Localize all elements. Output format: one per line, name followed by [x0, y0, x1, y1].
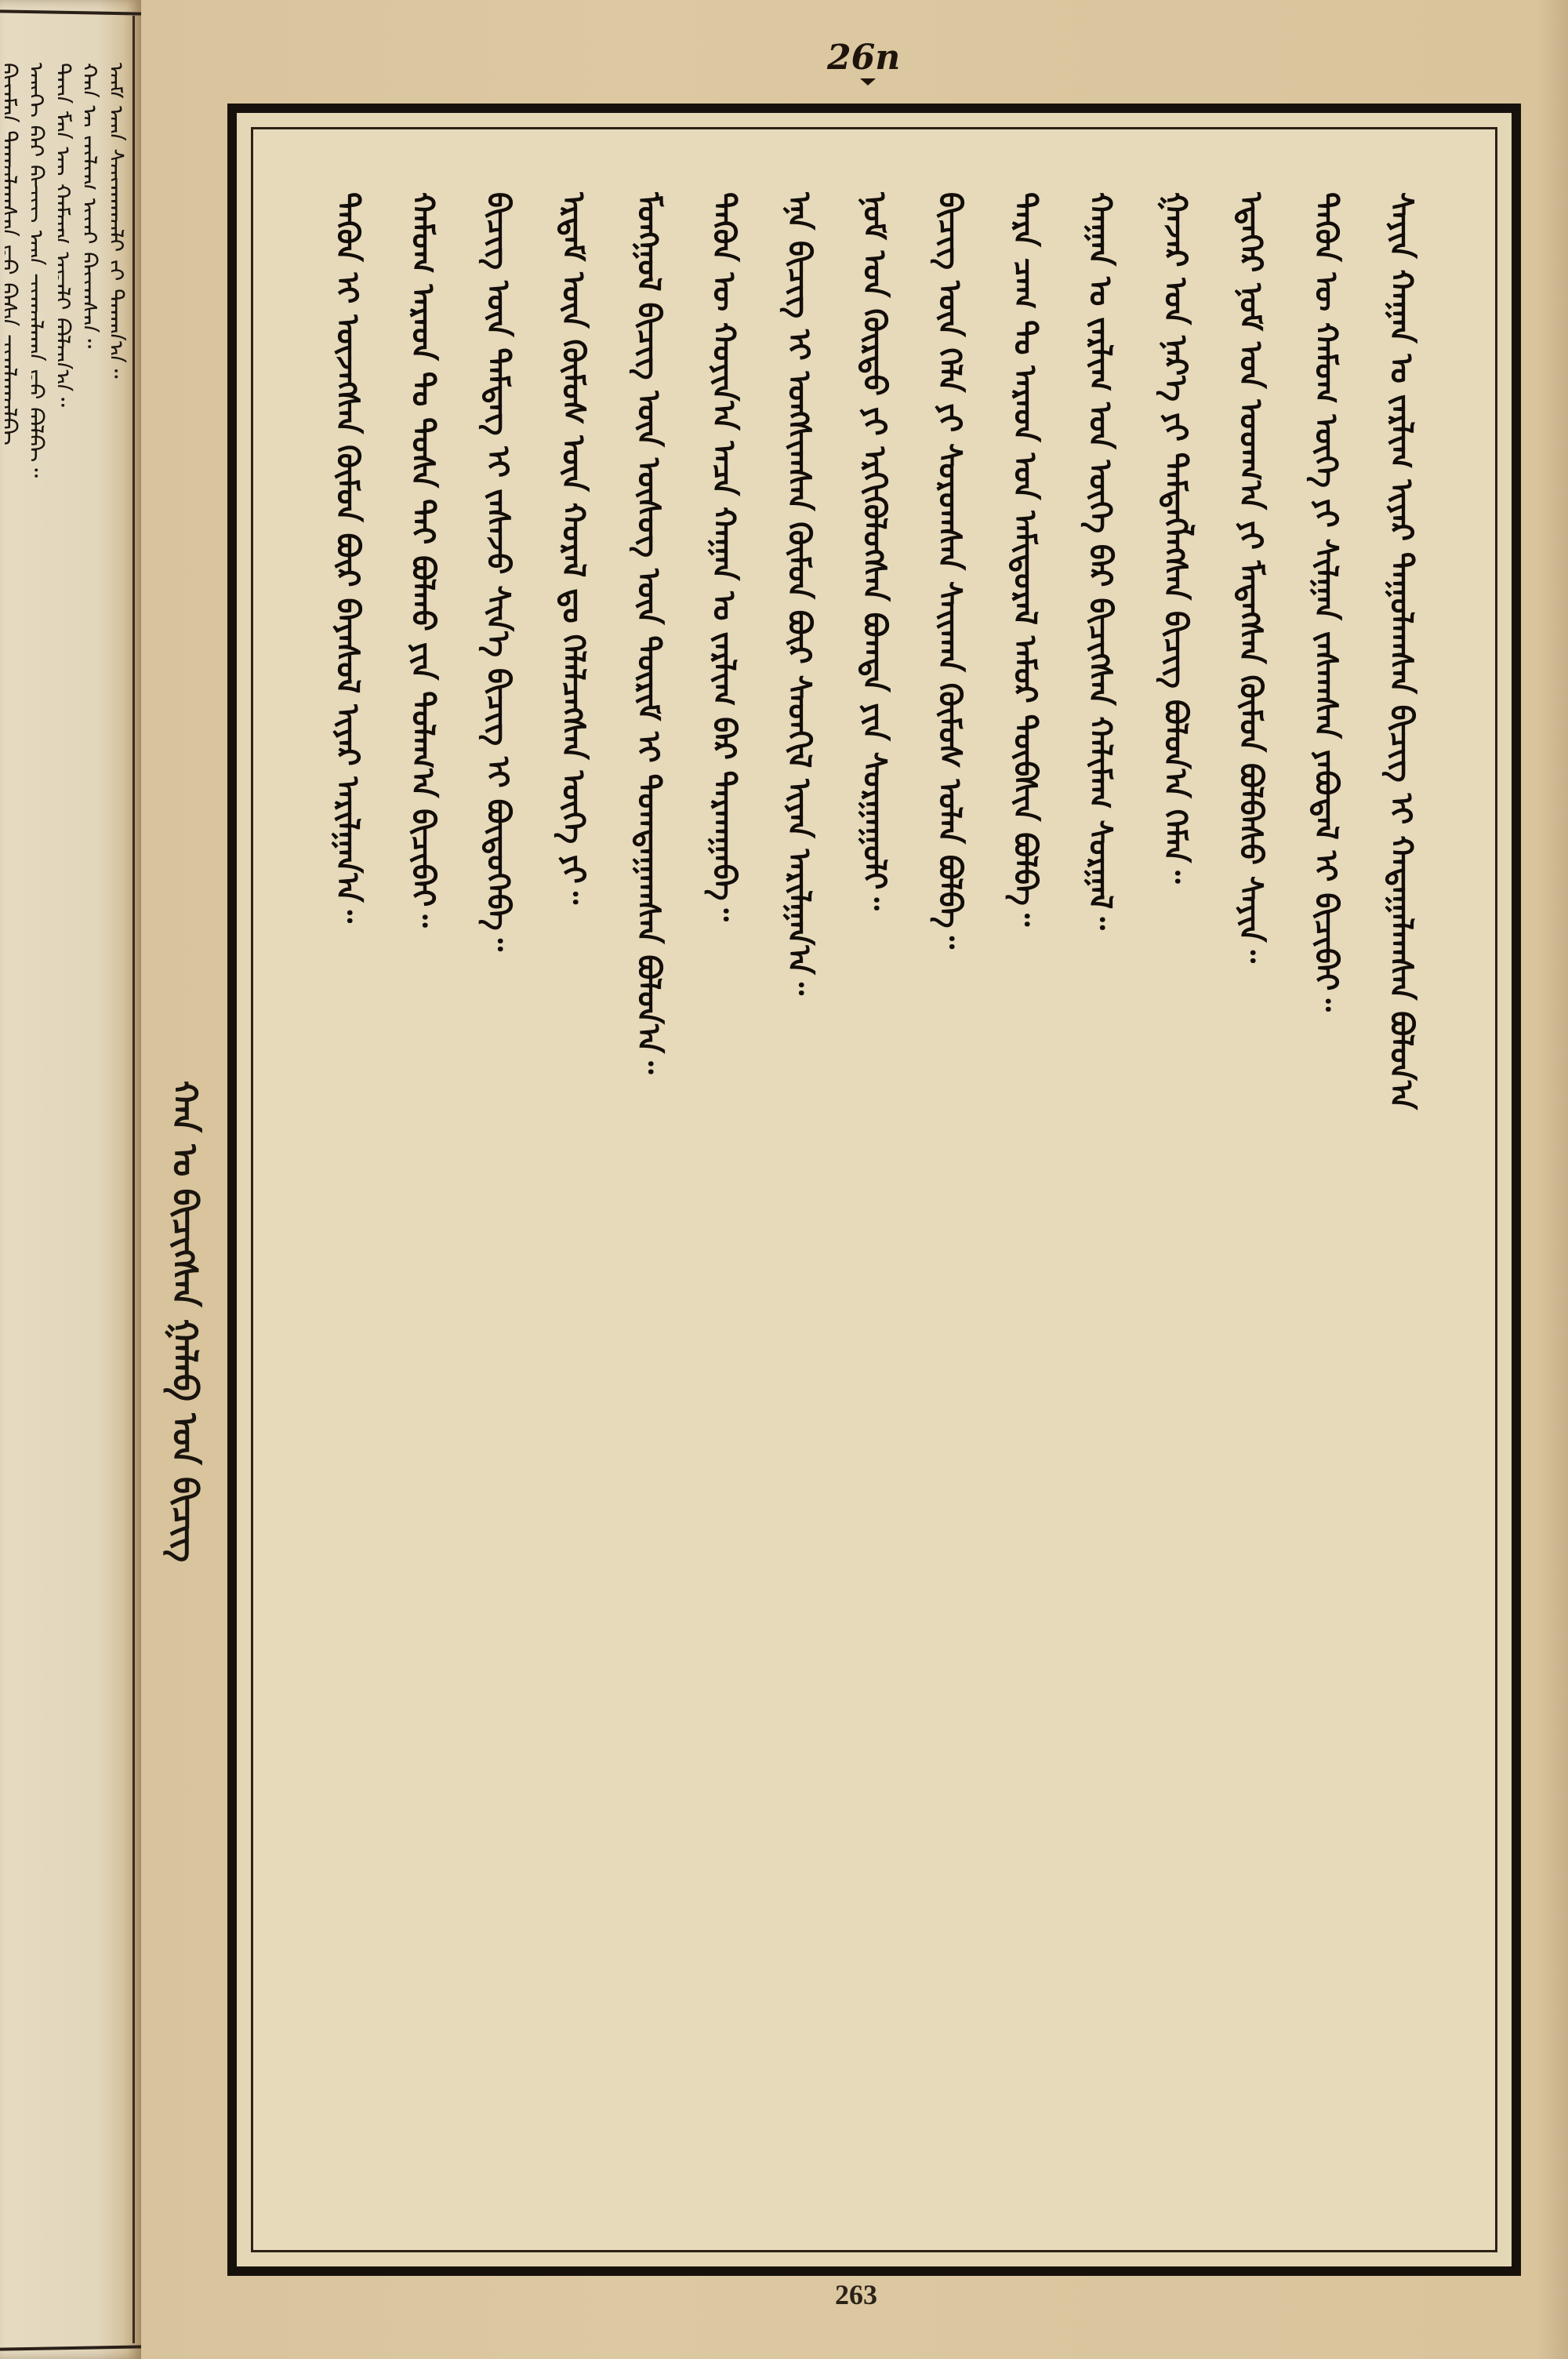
text-column-1: ᠰᠠᠶᠢᠨ ᠬᠠᠭᠠᠨ ᠤ ᠵᠠᠷᠯᠢᠭ ᠢᠶᠠᠷ ᠲᠠᠭᠤᠯᠠᠭᠰᠠᠨ ᠪᠢᠴ… — [1377, 192, 1425, 2187]
text-column-15: ᠲᠡᠭᠦᠨ ᠢ ᠦᠵᠡᠭᠰᠡᠨ ᠬᠦᠮᠦᠨ ᠪᠦᠷ ᠪᠠᠶᠠᠰᠤᠯ ᠢᠶᠠᠷ ᠠ… — [324, 192, 371, 2187]
left-page-top-rule — [0, 9, 141, 15]
folio-top-text: 26n — [827, 38, 900, 78]
running-head: ᠬᠠᠨ ᠤ ᠪᠢᠴᠢᠭᠰᠡᠨ ᠭᠠᠯᠠᠪ ᠤᠨ ᠪᠢᠴᠢᠭ — [161, 792, 208, 1851]
folio-mark-icon — [860, 78, 876, 85]
text-column-2: ᠲᠡᠭᠦᠨ ᠦ ᠬᠠᠮᠤᠭ ᠦᠭᠡ ᠶᠢ ᠰᠢᠯᠭᠠᠨ ᠵᠠᠰᠠᠭᠰᠠᠨ ᠶᠠᠪ… — [1302, 192, 1349, 2187]
facing-left-page: ᠪᠢᠷᠠᠮᠠᠨ ᠲᠠᠭᠤᠯᠠᠭᠰᠠᠨ ᠳ᠋ᠦ ᠪᠠᠰᠠ ᠴᠢᠭᠯᠠᠭᠤᠯᠪᠠ ᠦ… — [0, 0, 141, 2359]
text-column-7: ᠪᠢᠴᠢᠭ᠌ ᠦᠨ ᠬᠡᠯᠡ ᠶᠢ ᠰᠤᠷᠤᠭᠰᠠᠨ ᠰᠠᠢᠬᠠᠨ ᠬᠦᠮᠦᠰ … — [926, 192, 973, 2187]
text-column-12: ᠡᠷᠳᠡᠮ ᠦᠨ ᠬᠦᠮᠦᠰ ᠦᠨ ᠬᠤᠷᠠᠯ ᠳᠤ ᠬᠡᠯᠡᠯᠴᠡᠭᠰᠡᠨ ᠦ… — [550, 192, 597, 2187]
text-column-6: ᠲᠡᠷᠡ ᠴᠠᠭ ᠲᠤ ᠠᠷᠠᠳ ᠤᠨ ᠠᠮᠢᠳᠤᠷᠠᠯ ᠠᠮᠤᠷ ᠲᠦᠪᠰᠢᠨ… — [1001, 192, 1048, 2187]
text-column-9: ᠡᠨᠡ ᠪᠢᠴᠢᠭ᠌ ᠢ ᠤᠩᠰᠢᠭᠰᠠᠨ ᠬᠦᠮᠦᠨ ᠪᠦᠷ ᠰᠡᠳᠬᠢᠯ ᠢ… — [775, 192, 822, 2187]
text-column-3: ᠡᠳᠡᠭᠡᠷ ᠨᠤᠮ ᠤᠨ ᠤᠳᠬ᠎ᠠ ᠶᠢ ᠮᠡᠳᠡᠭᠰᠡᠨ ᠬᠦᠮᠦᠨ ᠪᠣ… — [1227, 192, 1274, 2187]
left-page-line: ᠪᠢᠷᠠᠮᠠᠨ ᠲᠠᠭᠤᠯᠠᠭᠰᠠᠨ ᠳ᠋ᠦ ᠪᠠᠰᠠ ᠴᠢᠭᠯᠠᠭᠤᠯᠪᠠ — [5, 63, 28, 2298]
page-number: 263 — [835, 2278, 877, 2311]
text-column-13: ᠪᠢᠴᠢᠭ᠌ ᠦᠨ ᠲᠡᠮᠳᠡᠭ ᠢ ᠵᠠᠰᠠᠵᠤ ᠰᠢᠨ᠎ᠡ ᠪᠢᠴᠢᠭ᠌ ᠢ… — [474, 192, 521, 2187]
left-page-line: ᠨᠤᠮ ᠤᠨ ᠰᠤᠷᠭᠠᠭᠤᠯᠢ ᠶᠢ ᠳᠠᠭᠠᠨ᠎ᠠ᠃ — [111, 63, 135, 1004]
text-column-11: ᠮᠣᠩᠭᠤᠯ ᠪᠢᠴᠢᠭ᠌ ᠦᠨ ᠦᠰᠦᠭ ᠦᠨ ᠳᠦᠷᠢᠮ ᠢ ᠲᠣᠭᠲᠠᠭᠠ… — [625, 192, 672, 2187]
text-column-5: ᠬᠠᠭᠠᠨ ᠤ ᠵᠠᠷᠯᠢᠭ ᠤᠨ ᠦᠭᠡ ᠪᠡᠷ ᠪᠢᠴᠢᠭᠰᠡᠨ ᠬᠠᠯᠢᠮ… — [1076, 192, 1123, 2187]
left-page-line: ᠦᠭᠡ ᠪᠠᠷ ᠪᠢᠴᠢᠭ᠌ ᠤᠨ ᠴᠢᠭᠤᠯᠭᠠᠨ ᠳ᠋ᠤ ᠪᠣᠯᠪᠠ᠃ — [31, 63, 55, 2298]
text-column-14: ᠬᠠᠮᠤᠭ ᠠᠷᠠᠳ ᠲᠤ ᠲᠤᠰᠠ ᠲᠠᠢ ᠪᠣᠯᠬᠤ ᠶᠢᠨ ᠲᠤᠯᠠᠭ᠎ᠠ… — [399, 192, 446, 2187]
left-page-line: ᠲᠡᠷᠡ ᠮᠠᠨ ᠦ ᠬᠠᠮᠤᠭ ᠠᠳᠠᠯᠢ ᠪᠣᠯᠤᠨ᠎ᠠ᠃ — [58, 63, 82, 2298]
main-text-block: ᠰᠠᠶᠢᠨ ᠬᠠᠭᠠᠨ ᠤ ᠵᠠᠷᠯᠢᠭ ᠢᠶᠠᠷ ᠲᠠᠭᠤᠯᠠᠭᠰᠠᠨ ᠪᠢᠴ… — [324, 192, 1425, 2187]
left-page-bottom-rule — [0, 2345, 141, 2350]
folio-top: 26n — [827, 38, 900, 78]
page-frame-inner: ᠰᠠᠶᠢᠨ ᠬᠠᠭᠠᠨ ᠤ ᠵᠠᠷᠯᠢᠭ ᠢᠶᠠᠷ ᠲᠠᠭᠤᠯᠠᠭᠰᠠᠨ ᠪᠢᠴ… — [251, 127, 1497, 2252]
left-page-line: ᠬᠠᠨ ᠤ ᠵᠠᠷᠯᠢᠭ ᠢᠶᠠᠷ ᠪᠠᠷᠢᠭᠰᠠᠨ᠃ — [85, 63, 108, 2298]
text-column-8: ᠨᠤᠮ ᠤᠨ ᠬᠦᠷᠳᠦ ᠶᠢ ᠡᠷᠭᠢᠭᠦᠯᠦᠭᠰᠡᠨ ᠪᠣᠭᠳᠠ ᠶᠢᠨ ᠰ… — [851, 192, 898, 2187]
text-column-4: ᠭᠠᠵᠠᠷ ᠤᠨ ᠨᠡᠷ᠎ᠡ ᠶᠢ ᠲᠡᠮᠳᠡᠭᠯᠡᠭᠰᠡᠨ ᠪᠢᠴᠢᠭ᠌ ᠪᠣ… — [1152, 192, 1199, 2187]
text-column-10: ᠲᠡᠭᠦᠨ ᠦ ᠬᠣᠶᠢᠨ᠎ᠠ ᠠᠴᠠ ᠬᠠᠭᠠᠨ ᠤ ᠵᠠᠷᠯᠢᠭ ᠪᠠᠷ ᠲ… — [700, 192, 747, 2187]
page-frame-outer: ᠰᠠᠶᠢᠨ ᠬᠠᠭᠠᠨ ᠤ ᠵᠠᠷᠯᠢᠭ ᠢᠶᠠᠷ ᠲᠠᠭᠤᠯᠠᠭᠰᠠᠨ ᠪᠢᠴ… — [227, 104, 1521, 2276]
page-edge-shadow — [1537, 0, 1568, 2359]
